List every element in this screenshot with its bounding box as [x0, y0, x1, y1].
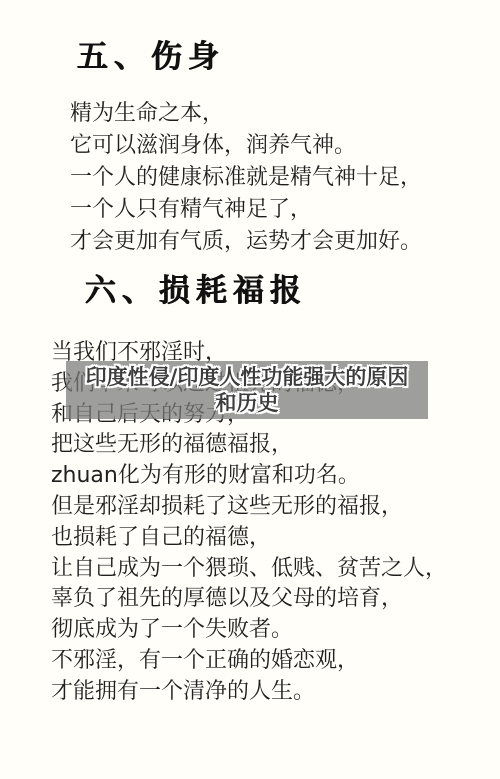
text-line: 一个人只有精气神足了，	[70, 194, 422, 226]
watermark-overlay: 印度性侵/印度人性功能强大的原因 和历史	[66, 361, 428, 419]
text-line: 才能拥有一个清净的人生。	[51, 677, 447, 708]
watermark-line-1: 印度性侵/印度人性功能强大的原因	[86, 364, 409, 390]
text-line: 精为生命之本，	[70, 98, 422, 130]
text-line: 把这些无形的福德福报，	[51, 430, 447, 461]
text-line: zhuan化为有形的财富和功名。	[51, 461, 447, 492]
text-line: 它可以滋润身体，润养气神。	[70, 130, 422, 162]
text-line: 但是邪淫却损耗了这些无形的福报，	[51, 492, 447, 523]
text-line: 彻底成为了一个失败者。	[51, 615, 447, 646]
section-6-heading: 六、损耗福报	[85, 274, 307, 308]
text-line: 也损耗了自己的福德，	[51, 523, 447, 554]
text-line: 让自己成为一个猥琐、低贱、贫苦之人，	[51, 554, 447, 585]
text-line: 辜负了祖先的厚德以及父母的培育，	[51, 584, 447, 615]
article-page: 五、伤身 精为生命之本， 它可以滋润身体，润养气神。 一个人的健康标准就是精气神…	[0, 0, 500, 779]
section-5-body: 精为生命之本， 它可以滋润身体，润养气神。 一个人的健康标准就是精气神十足， 一…	[70, 98, 422, 258]
text-line: 才会更加有气质，运势才会更加好。	[70, 226, 422, 258]
section-5-heading: 五、伤身	[77, 40, 225, 74]
text-line: 不邪淫，有一个正确的婚恋观，	[51, 646, 447, 677]
watermark-line-2: 和历史	[216, 390, 279, 416]
text-line: 一个人的健康标准就是精气神十足，	[70, 162, 422, 194]
